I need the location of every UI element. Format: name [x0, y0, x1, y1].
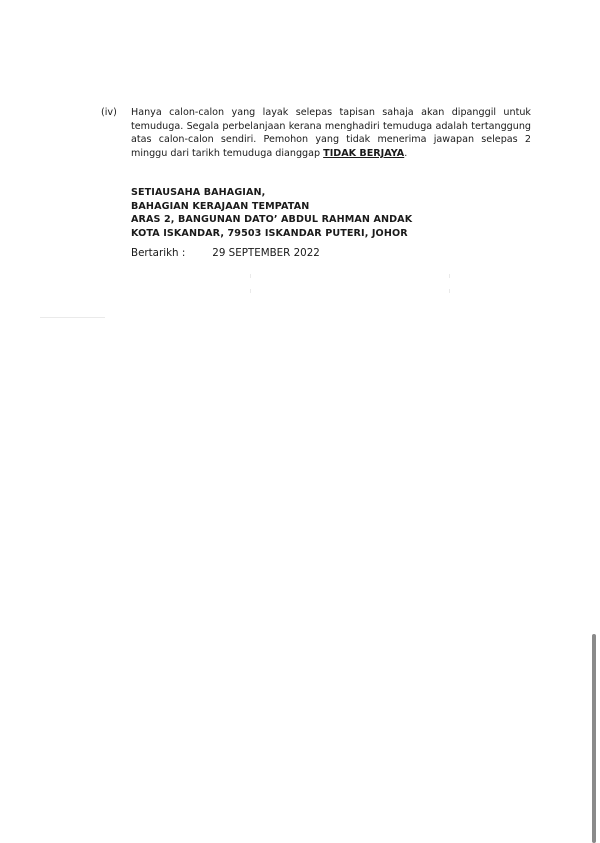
vertical-scrollbar[interactable]: [592, 634, 596, 843]
scan-artifact: [40, 317, 105, 318]
clause-marker: (iv): [101, 106, 129, 120]
signature-line-title: SETIAUSAHA BAHAGIAN,: [131, 186, 412, 200]
clause-text: Hanya calon-calon yang layak selepas tap…: [131, 106, 531, 160]
clause-emphasis: TIDAK BERJAYA: [323, 148, 404, 159]
signature-block: SETIAUSAHA BAHAGIAN, BAHAGIAN KERAJAAN T…: [131, 186, 412, 241]
date-label: Bertarikh :: [131, 247, 209, 259]
date-row: Bertarikh : 29 SEPTEMBER 2022: [131, 247, 320, 259]
signature-line-department: BAHAGIAN KERAJAAN TEMPATAN: [131, 200, 412, 214]
date-value: 29 SEPTEMBER 2022: [212, 247, 320, 259]
signature-line-address: ARAS 2, BANGUNAN DATO’ ABDUL RAHMAN ANDA…: [131, 213, 412, 227]
scan-artifact: [449, 289, 450, 293]
scan-artifact: [250, 289, 251, 293]
scan-artifact: [449, 274, 450, 278]
document-page: (iv) Hanya calon-calon yang layak selepa…: [0, 0, 600, 843]
signature-line-city: KOTA ISKANDAR, 79503 ISKANDAR PUTERI, JO…: [131, 227, 412, 241]
clause-text-end: .: [404, 148, 407, 159]
scan-artifact: [250, 274, 251, 278]
